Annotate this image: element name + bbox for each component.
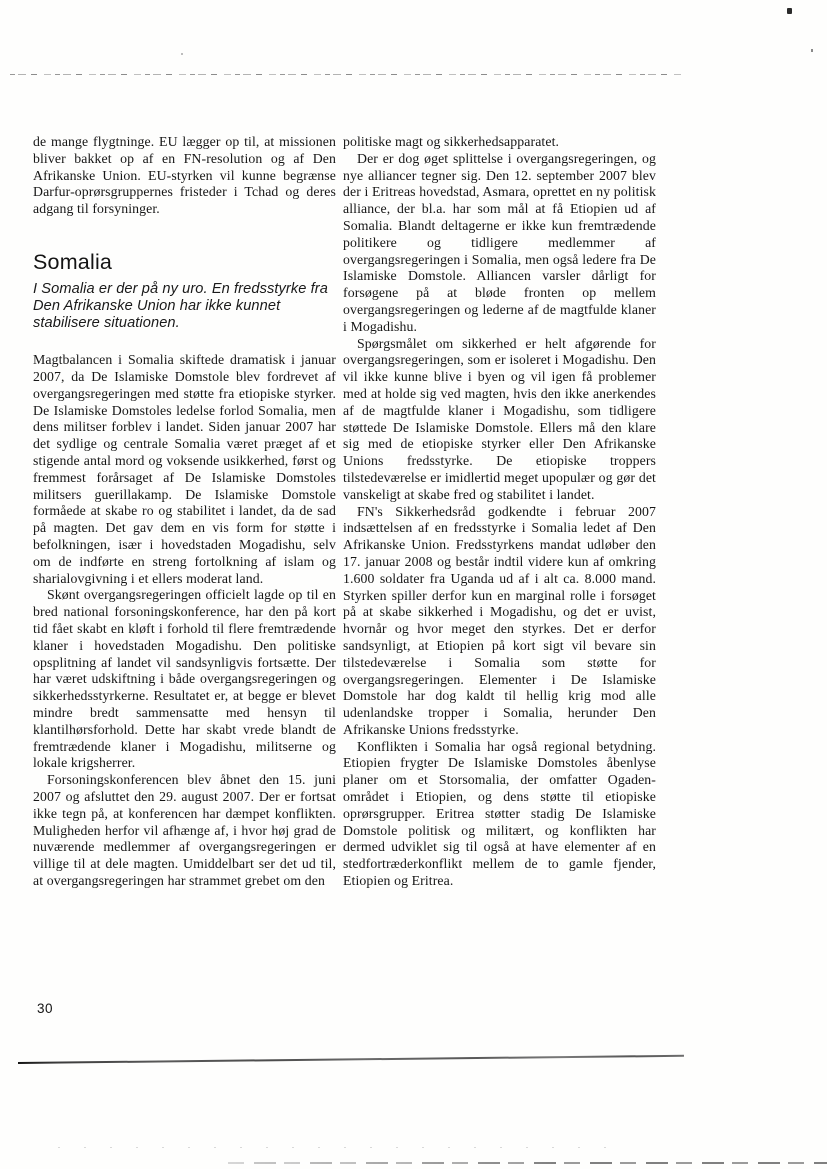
section-lead: I Somalia er der på ny uro. En fredsstyr… [33, 281, 336, 333]
right-column: politiske magt og sikkerhedsapparatet. D… [343, 134, 656, 890]
paragraph-continuation: politiske magt og sikkerhedsapparatet. [343, 134, 656, 151]
section-title: Somalia [33, 251, 336, 275]
left-column: de mange flygtninge. EU lægger op til, a… [33, 134, 336, 890]
scan-speck [811, 49, 813, 52]
page-number: 30 [37, 1001, 53, 1016]
paragraph: Skønt overgangsregeringen officielt lagd… [33, 587, 336, 772]
paragraph: FN's Sikkerhedsråd godkendte i februar 2… [343, 504, 656, 739]
footer-rule [18, 1055, 684, 1064]
scanned-page: de mange flygtninge. EU lægger op til, a… [0, 0, 827, 1169]
scan-speck [787, 8, 792, 14]
bottom-dashed-line [228, 1162, 827, 1164]
paragraph: Konflikten i Somalia har også regional b… [343, 739, 656, 890]
paragraph: Spørgsmålet om sikkerhed er helt afgøren… [343, 336, 656, 504]
scan-speck [181, 53, 183, 55]
paragraph-continuation: de mange flygtninge. EU lægger op til, a… [33, 134, 336, 218]
bottom-speckle-line [58, 1147, 618, 1148]
paragraph: Der er dog øget splittelse i overgangsre… [343, 151, 656, 336]
paragraph: Magtbalancen i Somalia skiftede dramatis… [33, 352, 336, 587]
paragraph: Forsoningskonferencen blev åbnet den 15.… [33, 772, 336, 890]
top-dashed-rule [10, 74, 682, 75]
